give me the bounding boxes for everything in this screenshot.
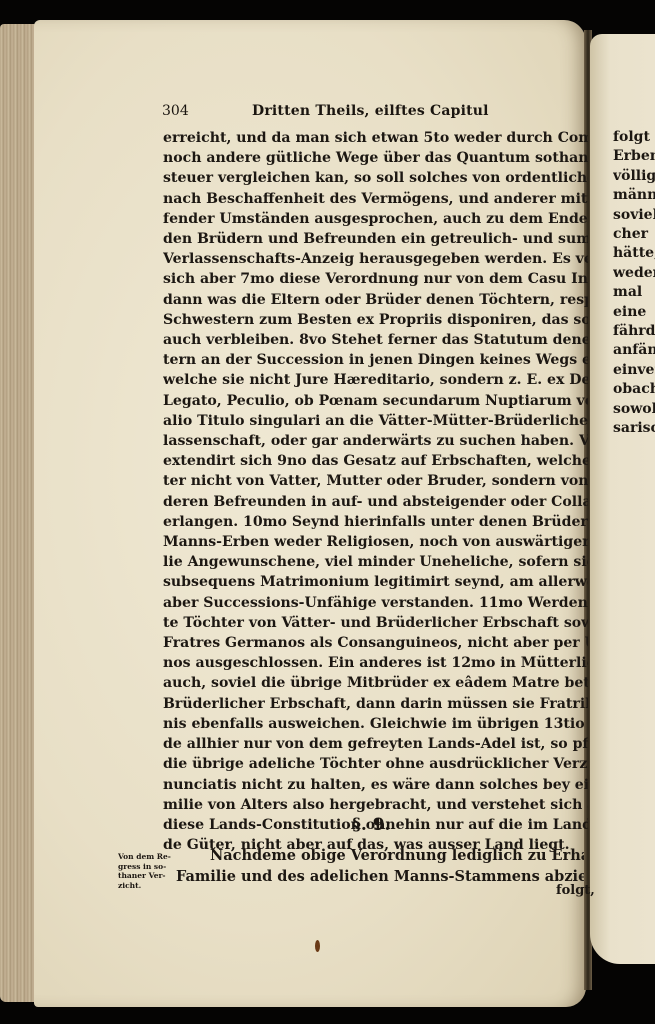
text-line: deren Befreunden in auf- und absteigende… [163,492,588,512]
margin-note: Von dem Re- gress in so- thaner Ver- zic… [118,852,174,890]
text-line: Schwestern zum Besten ex Propriis dispon… [163,310,588,330]
main-paragraph: erreicht, und da man sich etwan 5to wede… [163,128,588,855]
page-number: 304 [162,103,189,119]
text-line: steuer vergleichen kan, so soll solches … [163,168,588,188]
facing-line: weder i [613,264,655,283]
text-line: auch, soviel die übrige Mitbrüder ex eâd… [163,673,588,693]
text-line: alio Titulo singulari an die Vätter-Mütt… [163,411,588,431]
facing-page-text: folgt el Erben völliger männli soviel s … [613,128,655,439]
section-heading: §. 9. [352,815,390,835]
facing-line: Erben [613,147,655,166]
text-line: den Brüdern und Befreunden ein getreulic… [163,229,588,249]
text-line: nis ebenfalls ausweichen. Gleichwie im ü… [163,714,588,734]
text-line: nunciatis nicht zu halten, es wäre dann … [163,775,588,795]
text-line: Brüderlicher Erbschaft, dann darin müsse… [163,694,588,714]
text-line: Fratres Germanos als Consanguineos, nich… [163,633,588,653]
facing-line: folgt el [613,128,655,147]
text-line: te Töchter von Vätter- und Brüderlicher … [163,613,588,633]
text-line: milie von Alters also hergebracht, und v… [163,795,588,815]
text-line: ter nicht von Vatter, Mutter oder Bruder… [163,471,588,491]
ink-stain [315,940,320,952]
facing-line: anfängl [613,341,655,360]
text-line: noch andere gütliche Wege über das Quant… [163,148,588,168]
text-line: Verlassenschafts-Anzeig herausgegeben we… [163,249,588,269]
text-line: nach Beschaffenheit des Vermögens, und a… [163,189,588,209]
text-line: sich aber 7mo diese Verordnung nur von d… [163,269,588,289]
facing-line: sowol v [613,400,655,419]
facing-line: mal we [613,283,655,302]
text-line: welche sie nicht Jure Hæreditario, sonde… [163,370,588,390]
margin-note-line: gress in so- [118,862,174,872]
text-line: fender Umständen ausgesprochen, auch zu … [163,209,588,229]
facing-line: obachter [613,380,655,399]
facing-line: sarischer [613,419,655,438]
text-line: die übrige adeliche Töchter ohne ausdrüc… [163,754,588,774]
text-line: lassenschaft, oder gar anderwärts zu suc… [163,431,588,451]
margin-note-line: Von dem Re- [118,852,174,862]
text-line: extendirt sich 9no das Gesatz auf Erbsch… [163,451,588,471]
facing-line: völliger [613,167,655,186]
text-line: Legato, Peculio, ob Pœnam secundarum Nup… [163,391,588,411]
page-edges [0,24,36,1002]
text-line: Nachdeme obige Verordnung lediglich zu E… [176,846,584,867]
facing-line: männli [613,186,655,205]
text-line: de allhier nur von dem gefreyten Lands-A… [163,734,588,754]
text-line: auch verbleiben. 8vo Stehet ferner das S… [163,330,588,350]
text-line: nos ausgeschlossen. Ein anderes ist 12mo… [163,653,588,673]
margin-note-line: zicht. [118,881,174,891]
catchword: folgt, [556,883,595,898]
facing-line: cher Er [613,225,655,244]
margin-note-line: thaner Ver- [118,871,174,881]
facing-line: hätte, [613,244,655,263]
running-title: Dritten Theils, eilftes Capitul [252,103,489,119]
text-line: lie Angewunschene, viel minder Unehelich… [163,552,588,572]
text-line: aber Successions-Unfähige verstanden. 11… [163,593,588,613]
page-header: 304 Dritten Theils, eilftes Capitul [162,103,582,123]
text-line: Manns-Erben weder Religiosen, noch von a… [163,532,588,552]
text-line: erlangen. 10mo Seynd hierinfalls unter d… [163,512,588,532]
text-line: dann was die Eltern oder Brüder denen Tö… [163,290,588,310]
text-line: subsequens Matrimonium legitimirt seynd,… [163,572,588,592]
facing-line: einverle [613,361,655,380]
text-line: tern an der Succession in jenen Dingen k… [163,350,588,370]
text-line: Familie und des adelichen Manns-Stammens… [176,867,584,888]
section-paragraph: Nachdeme obige Verordnung lediglich zu E… [176,846,584,887]
text-line: erreicht, und da man sich etwan 5to wede… [163,128,588,148]
facing-line: soviel s [613,206,655,225]
facing-line: eine Ir [613,303,655,322]
facing-line: fährdet [613,322,655,341]
